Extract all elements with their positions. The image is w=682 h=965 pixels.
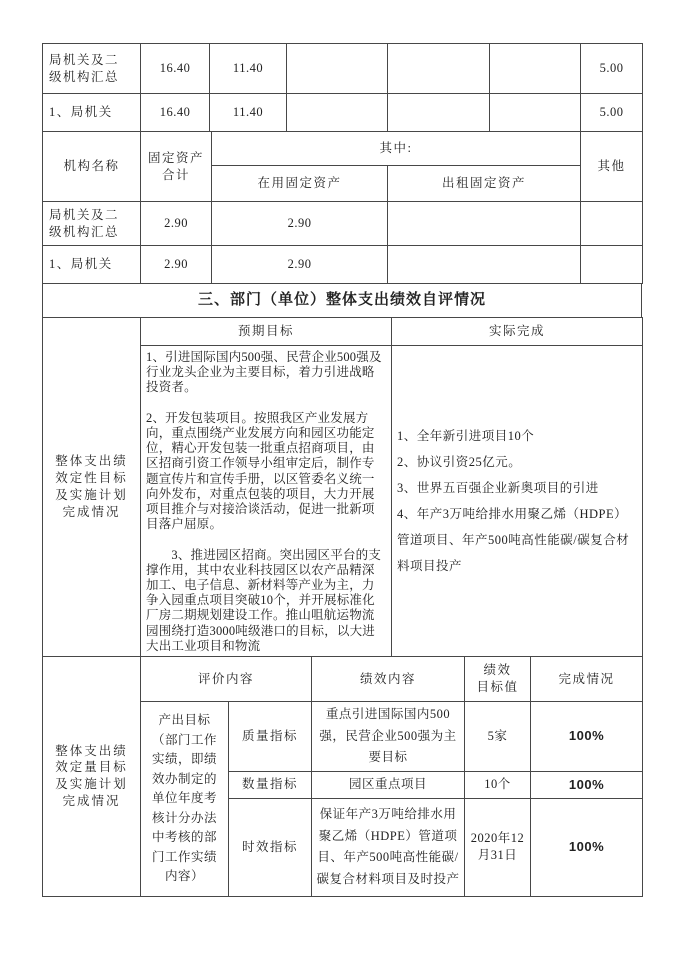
rented-assets-header: 出租固定资产 [388,166,581,202]
org-name-cell: 局机关及二级机构汇总 [43,44,141,94]
table-header-row: 机构名称 固定资产 合计 其中: 其他 [43,132,643,166]
expected-goal-text: 1、引进国际国内500强、民营企业500强及行业龙头企业为主要目标，着力引进战略… [146,350,386,652]
quantity-indicator-cell: 数量指标 [229,771,312,798]
target-value-cell: 10个 [465,771,531,798]
performance-content-cell: 园区重点项目 [312,771,465,798]
org-name-cell: 局机关及二级机构汇总 [43,202,141,246]
empty-cell [581,246,643,284]
value-cell: 16.40 [141,44,210,94]
fixed-assets-table: 机构名称 固定资产 合计 其中: 其他 在用固定资产 出租固定资产 局机关及二级… [42,131,643,284]
empty-cell [287,44,388,94]
qualitative-row-label: 整体支出绩效定性目标及实施计划完成情况 [43,318,141,657]
target-value-cell: 2020年12月31日 [465,798,531,896]
actual-completion-header: 实际完成 [392,318,643,346]
evaluation-document: 局机关及二级机构汇总 16.40 11.40 5.00 1、局机关 16.40 … [42,43,642,897]
output-goal-cell: 产出目标 （部门工作实绩，即绩效办制定的单位年度考核计分办法中考核的部门工作实绩… [141,702,229,897]
quality-indicator-cell: 质量指标 [229,702,312,772]
performance-content-cell: 重点引进国际国内500强，民营企业500强为主要目标 [312,702,465,772]
empty-cell [388,44,490,94]
empty-cell [388,202,581,246]
expected-goal-cell: 1、引进国际国内500强、民营企业500强及行业龙头企业为主要目标，着力引进战略… [141,346,392,657]
empty-cell [388,246,581,284]
other-header: 其他 [581,132,643,202]
org-name-header: 机构名称 [43,132,141,202]
value-cell: 5.00 [581,44,643,94]
timeliness-indicator-cell: 时效指标 [229,798,312,896]
table-row: 局机关及二级机构汇总 16.40 11.40 5.00 [43,44,643,94]
org-name-cell: 1、局机关 [43,246,141,284]
actual-completion-text: 1、全年新引进项目10个 2、协议引资25亿元。 3、世界五百强企业新奥项目的引… [397,423,637,579]
completion-value-cell: 100% [531,702,643,772]
section-title-table: 三、部门（单位）整体支出绩效自评情况 [42,283,642,318]
empty-cell [490,44,581,94]
section-title-row: 三、部门（单位）整体支出绩效自评情况 [43,284,642,318]
qualitative-goals-table: 整体支出绩效定性目标及实施计划完成情况 预期目标 实际完成 1、引进国际国内50… [42,317,643,657]
value-cell: 5.00 [581,94,643,132]
continued-summary-table: 局机关及二级机构汇总 16.40 11.40 5.00 1、局机关 16.40 … [42,43,643,132]
empty-cell [490,94,581,132]
table-row: 局机关及二级机构汇总 2.90 2.90 [43,202,643,246]
among-which-header: 其中: [212,132,581,166]
completion-value-cell: 100% [531,798,643,896]
empty-cell [388,94,490,132]
value-cell: 2.90 [212,246,388,284]
org-name-cell: 1、局机关 [43,94,141,132]
evaluation-content-header: 评价内容 [141,657,312,702]
actual-completion-cell: 1、全年新引进项目10个 2、协议引资25亿元。 3、世界五百强企业新奥项目的引… [392,346,643,657]
table-row: 1、局机关 16.40 11.40 5.00 [43,94,643,132]
quantitative-goals-table: 整体支出绩效定量目标及实施计划完成情况 评价内容 绩效内容 绩效 目标值 完成情… [42,656,643,897]
table-row: 1、局机关 2.90 2.90 [43,246,643,284]
performance-content-header: 绩效内容 [312,657,465,702]
value-cell: 11.40 [210,44,287,94]
expected-goal-header: 预期目标 [141,318,392,346]
performance-content-cell: 保证年产3万吨给排水用聚乙烯（HDPE）管道项目、年产500吨高性能碳/碳复合材… [312,798,465,896]
empty-cell [581,202,643,246]
value-cell: 2.90 [212,202,388,246]
target-value-cell: 5家 [465,702,531,772]
completion-value-cell: 100% [531,771,643,798]
performance-target-header: 绩效 目标值 [465,657,531,702]
table-header-row: 整体支出绩效定性目标及实施计划完成情况 预期目标 实际完成 [43,318,643,346]
value-cell: 11.40 [210,94,287,132]
empty-cell [287,94,388,132]
completion-status-header: 完成情况 [531,657,643,702]
value-cell: 2.90 [141,202,212,246]
value-cell: 2.90 [141,246,212,284]
in-use-assets-header: 在用固定资产 [212,166,388,202]
assets-total-header: 固定资产 合计 [141,132,212,202]
quantitative-row-label: 整体支出绩效定量目标及实施计划完成情况 [43,657,141,897]
document-page: 局机关及二级机构汇总 16.40 11.40 5.00 1、局机关 16.40 … [0,0,682,965]
value-cell: 16.40 [141,94,210,132]
table-header-row: 整体支出绩效定量目标及实施计划完成情况 评价内容 绩效内容 绩效 目标值 完成情… [43,657,643,702]
section-title: 三、部门（单位）整体支出绩效自评情况 [43,284,642,318]
